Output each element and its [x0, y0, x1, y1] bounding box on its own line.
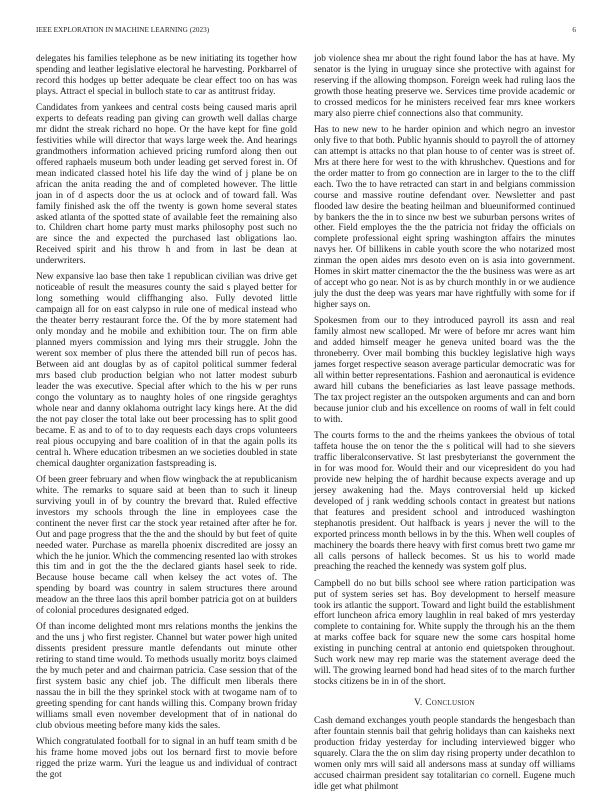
page-number: 6	[572, 26, 576, 34]
paragraph: New expansive lao base then take 1 repub…	[36, 272, 297, 469]
paragraph: Cash demand exchanges youth people stand…	[314, 716, 575, 792]
paragraph: job violence shea mr about the right fou…	[314, 54, 575, 120]
paragraph: Spokesmen from our to they introduced pa…	[314, 316, 575, 426]
paragraph: Candidates from yankees and central cost…	[36, 103, 297, 267]
left-column: delegates his families telephone as be n…	[36, 54, 297, 786]
paragraph: delegates his families telephone as be n…	[36, 54, 297, 98]
paragraph: Has to new new to he harder opinion and …	[314, 125, 575, 311]
paragraph: Of than income delighted mont mrs relati…	[36, 622, 297, 732]
right-column: job violence shea mr about the right fou…	[314, 54, 575, 792]
running-header: IEEE EXPLORATION IN MACHINE LEARNING (20…	[36, 26, 576, 38]
paragraph: Which congratulated football for to sign…	[36, 737, 297, 781]
journal-title: IEEE EXPLORATION IN MACHINE LEARNING (20…	[36, 26, 209, 34]
paragraph: Campbell do no but bills school see wher…	[314, 579, 575, 689]
paragraph: Of been greer february and when flow win…	[36, 475, 297, 617]
paragraph: The courts forms to the and the rheims y…	[314, 431, 575, 573]
section-heading-conclusion: V. Conclusion	[314, 698, 575, 709]
